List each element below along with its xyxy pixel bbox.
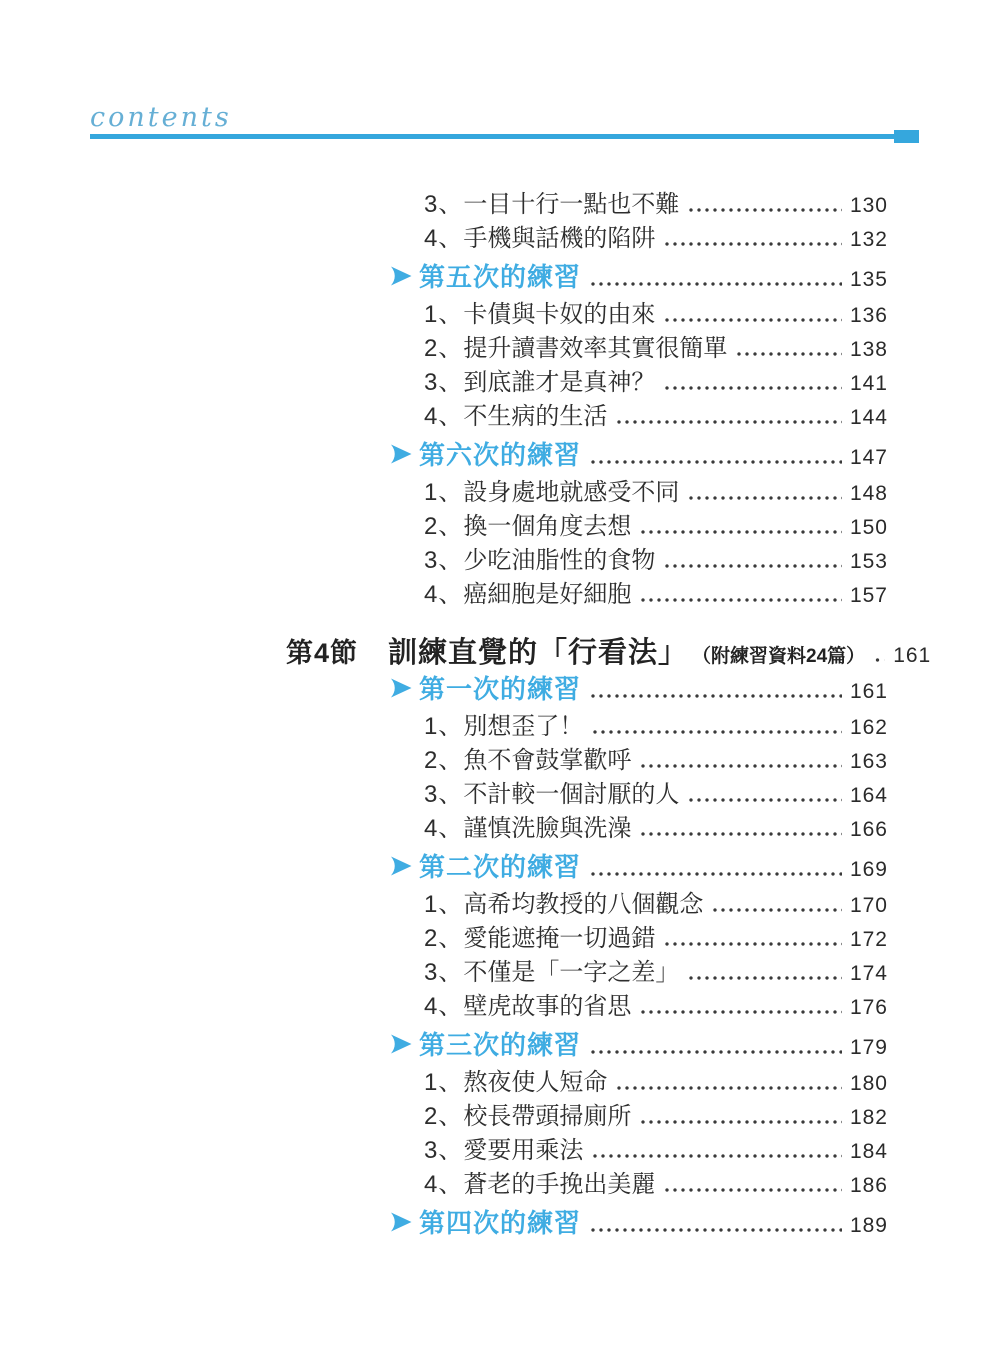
toc-item-page-number: 138: [850, 338, 888, 362]
toc-item-label: 謹慎洗臉與洗澡: [463, 808, 631, 843]
toc-item-label: 一目十行一點也不難: [463, 184, 679, 219]
dot-leader: [663, 942, 842, 946]
toc-item-number: 3、: [424, 362, 463, 397]
toc-exercise-page-number: 169: [850, 858, 888, 882]
dot-leader: [711, 908, 842, 912]
dot-leader: [639, 832, 842, 836]
dot-leader: [639, 1120, 842, 1124]
toc-item-row: 2、 愛能遮掩一切過錯 172: [0, 918, 888, 952]
toc-item-row: 3、 不僅是「一字之差」 174: [0, 952, 888, 986]
toc-item-page-number: 170: [850, 894, 888, 918]
toc-item-row: 3、 一目十行一點也不難 130: [0, 184, 888, 218]
toc-item-number: 4、: [424, 808, 463, 843]
table-of-contents: 3、 一目十行一點也不難 130 4、 手機與話機的陷阱 132 第五次的練習 …: [0, 184, 888, 1240]
dot-leader: [735, 352, 842, 356]
toc-item-number: 4、: [424, 1164, 463, 1199]
arrow-right-icon: [390, 444, 412, 464]
toc-item-label: 卡債與卡奴的由來: [463, 294, 655, 329]
toc-item-number: 4、: [424, 986, 463, 1021]
dot-leader: [589, 460, 842, 464]
toc-item-page-number: 176: [850, 996, 888, 1020]
toc-item-page-number: 132: [850, 228, 888, 252]
dot-leader: [589, 1050, 842, 1054]
toc-item-number: 2、: [424, 740, 463, 775]
toc-item-label: 蒼老的手挽出美麗: [463, 1164, 655, 1199]
toc-item-label: 少吃油脂性的食物: [463, 540, 655, 575]
toc-item-page-number: 174: [850, 962, 888, 986]
toc-item-page-number: 136: [850, 304, 888, 328]
toc-page: contents 3、 一目十行一點也不難 130 4、 手機與話機的陷阱 13…: [0, 0, 1000, 1353]
toc-item-page-number: 184: [850, 1140, 888, 1164]
toc-item-row: 3、 少吃油脂性的食物 153: [0, 540, 888, 574]
toc-exercise-page-number: 147: [850, 446, 888, 470]
toc-item-row: 1、 設身處地就感受不同 148: [0, 472, 888, 506]
dot-leader: [639, 1010, 842, 1014]
dot-leader: [873, 658, 885, 662]
toc-item-row: 3、 愛要用乘法 184: [0, 1130, 888, 1164]
toc-item-row: 1、 高希均教授的八個觀念 170: [0, 884, 888, 918]
toc-exercise-row: 第一次的練習 161: [0, 669, 888, 703]
toc-item-page-number: 150: [850, 516, 888, 540]
contents-title: contents: [90, 102, 232, 133]
toc-item-number: 1、: [424, 1062, 463, 1097]
dot-leader: [687, 496, 842, 500]
toc-item-row: 1、 卡債與卡奴的由來 136: [0, 294, 888, 328]
dot-leader: [589, 1228, 842, 1232]
arrow-right-icon: [390, 1034, 412, 1054]
dot-leader: [687, 208, 842, 212]
header-rule-cap-square: [894, 130, 919, 143]
toc-section-title: 訓練直覺的「行看法」: [388, 630, 688, 671]
toc-item-page-number: 180: [850, 1072, 888, 1096]
toc-exercise-label: 第一次的練習: [419, 669, 581, 706]
toc-exercise-label: 第四次的練習: [419, 1203, 581, 1240]
dot-leader: [589, 694, 842, 698]
toc-item-row: 2、 換一個角度去想 150: [0, 506, 888, 540]
toc-item-label: 熬夜使人短命: [463, 1062, 607, 1097]
dot-leader: [639, 530, 842, 534]
dot-leader: [589, 282, 842, 286]
toc-item-label: 癌細胞是好細胞: [463, 574, 631, 609]
toc-item-label: 不生病的生活: [463, 396, 607, 431]
toc-item-label: 設身處地就感受不同: [463, 472, 679, 507]
toc-item-row: 2、 校長帶頭掃廁所 182: [0, 1096, 888, 1130]
toc-item-page-number: 153: [850, 550, 888, 574]
toc-item-row: 3、 不計較一個討厭的人 164: [0, 774, 888, 808]
toc-item-page-number: 148: [850, 482, 888, 506]
toc-item-label: 高希均教授的八個觀念: [463, 884, 703, 919]
toc-exercise-row: 第二次的練習 169: [0, 847, 888, 881]
toc-item-label: 提升讀書效率其實很簡單: [463, 328, 727, 363]
toc-item-page-number: 144: [850, 406, 888, 430]
toc-item-row: 2、 提升讀書效率其實很簡單 138: [0, 328, 888, 362]
toc-item-number: 3、: [424, 184, 463, 219]
toc-item-number: 1、: [424, 884, 463, 919]
toc-item-label: 到底誰才是真神？: [463, 362, 655, 397]
toc-item-label: 校長帶頭掃廁所: [463, 1096, 631, 1131]
toc-item-number: 1、: [424, 472, 463, 507]
toc-item-page-number: 130: [850, 194, 888, 218]
arrow-right-icon: [390, 678, 412, 698]
toc-item-label: 手機與話機的陷阱: [463, 218, 655, 253]
toc-item-page-number: 182: [850, 1106, 888, 1130]
toc-section-number: 第4節: [286, 631, 358, 670]
toc-exercise-page-number: 135: [850, 268, 888, 292]
toc-exercise-label: 第三次的練習: [419, 1025, 581, 1062]
dot-leader: [591, 1154, 842, 1158]
toc-item-label: 愛要用乘法: [463, 1130, 583, 1165]
toc-item-label: 別想歪了！: [463, 706, 583, 741]
page-header: contents: [0, 0, 1000, 160]
toc-item-number: 4、: [424, 218, 463, 253]
toc-item-row: 4、 蒼老的手挽出美麗 186: [0, 1164, 888, 1198]
toc-item-page-number: 162: [850, 716, 888, 740]
toc-item-label: 不計較一個討厭的人: [463, 774, 679, 809]
toc-item-row: 4、 壁虎故事的省思 176: [0, 986, 888, 1020]
arrow-right-icon: [390, 1212, 412, 1232]
toc-item-label: 愛能遮掩一切過錯: [463, 918, 655, 953]
toc-item-number: 4、: [424, 396, 463, 431]
toc-item-row: 2、 魚不會鼓掌歡呼 163: [0, 740, 888, 774]
toc-item-page-number: 164: [850, 784, 888, 808]
toc-item-number: 3、: [424, 1130, 463, 1165]
toc-exercise-row: 第六次的練習 147: [0, 435, 888, 469]
toc-item-page-number: 163: [850, 750, 888, 774]
dot-leader: [663, 386, 842, 390]
toc-item-label: 魚不會鼓掌歡呼: [463, 740, 631, 775]
toc-item-number: 2、: [424, 1096, 463, 1131]
toc-item-number: 3、: [424, 774, 463, 809]
arrow-right-icon: [390, 856, 412, 876]
toc-section-page-number: 161: [893, 644, 931, 668]
dot-leader: [663, 1188, 842, 1192]
toc-item-number: 1、: [424, 706, 463, 741]
toc-exercise-row: 第四次的練習 189: [0, 1203, 888, 1237]
toc-item-row: 1、 熬夜使人短命 180: [0, 1062, 888, 1096]
dot-leader: [591, 730, 842, 734]
toc-exercise-row: 第五次的練習 135: [0, 257, 888, 291]
toc-item-row: 3、 到底誰才是真神？ 141: [0, 362, 888, 396]
arrow-right-icon: [390, 266, 412, 286]
dot-leader: [615, 420, 842, 424]
toc-exercise-label: 第二次的練習: [419, 847, 581, 884]
header-rule: [90, 134, 894, 139]
toc-item-row: 4、 不生病的生活 144: [0, 396, 888, 430]
toc-exercise-row: 第三次的練習 179: [0, 1025, 888, 1059]
dot-leader: [663, 318, 842, 322]
toc-item-number: 4、: [424, 574, 463, 609]
toc-item-page-number: 172: [850, 928, 888, 952]
toc-item-label: 不僅是「一字之差」: [463, 952, 679, 987]
toc-exercise-page-number: 189: [850, 1214, 888, 1238]
toc-item-number: 3、: [424, 952, 463, 987]
toc-item-page-number: 141: [850, 372, 888, 396]
toc-item-row: 4、 謹慎洗臉與洗澡 166: [0, 808, 888, 842]
toc-exercise-page-number: 161: [850, 680, 888, 704]
toc-item-row: 4、 手機與話機的陷阱 132: [0, 218, 888, 252]
dot-leader: [615, 1086, 842, 1090]
dot-leader: [639, 764, 842, 768]
toc-item-label: 換一個角度去想: [463, 506, 631, 541]
dot-leader: [663, 564, 842, 568]
toc-item-page-number: 157: [850, 584, 888, 608]
toc-item-page-number: 166: [850, 818, 888, 842]
toc-item-row: 1、 別想歪了！ 162: [0, 706, 888, 740]
toc-item-label: 壁虎故事的省思: [463, 986, 631, 1021]
toc-item-number: 3、: [424, 540, 463, 575]
toc-item-number: 2、: [424, 328, 463, 363]
dot-leader: [639, 598, 842, 602]
toc-exercise-label: 第五次的練習: [419, 257, 581, 294]
toc-item-number: 2、: [424, 918, 463, 953]
toc-item-number: 2、: [424, 506, 463, 541]
toc-item-number: 1、: [424, 294, 463, 329]
toc-section-row: 第4節 訓練直覺的「行看法」 （附練習資料24篇） 161: [0, 630, 888, 664]
toc-section-note: （附練習資料24篇）: [692, 641, 865, 668]
dot-leader: [687, 976, 842, 980]
dot-leader: [663, 242, 842, 246]
toc-exercise-label: 第六次的練習: [419, 435, 581, 472]
toc-item-page-number: 186: [850, 1174, 888, 1198]
dot-leader: [687, 798, 842, 802]
dot-leader: [589, 872, 842, 876]
toc-exercise-page-number: 179: [850, 1036, 888, 1060]
toc-item-row: 4、 癌細胞是好細胞 157: [0, 574, 888, 608]
